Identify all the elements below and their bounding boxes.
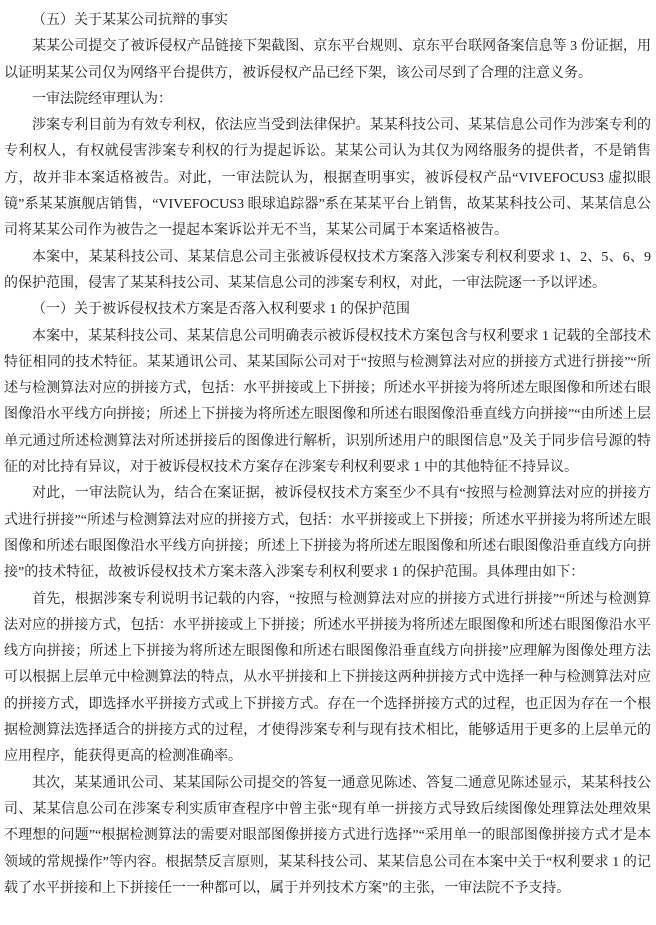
- heading-section-5-defense-facts: （五）关于某某公司抗辩的事实: [4, 8, 651, 34]
- document-page: （五）关于某某公司抗辩的事实 某某公司提交了被诉侵权产品链接下架截图、京东平台规…: [0, 0, 656, 925]
- para-patent-validity-standing: 涉案专利目前为有效专利权，依法应当受到法律保护。某某科技公司、某某信息公司作为涉…: [4, 113, 651, 244]
- para-evidence-submission: 某某公司提交了被诉侵权产品链接下架截图、京东平台规则、京东平台联网备案信息等 3…: [4, 34, 651, 87]
- para-claims-asserted: 本案中，某某科技公司、某某信息公司主张被诉侵权技术方案落入涉案专利权利要求 1、…: [4, 245, 651, 298]
- para-technical-features-dispute: 本案中，某某科技公司、某某信息公司明确表示被诉侵权技术方案包含与权利要求 1 记…: [4, 324, 651, 482]
- para-court-finding-claim-1: 对此，一审法院认为，结合在案证据，被诉侵权技术方案至少不具有“按照与检测算法对应…: [4, 481, 651, 586]
- heading-subsection-1-claim-1-scope: （一）关于被诉侵权技术方案是否落入权利要求 1 的保护范围: [4, 297, 651, 323]
- para-court-opinion-intro: 一审法院经审理认为：: [4, 87, 651, 113]
- para-reason-first: 首先，根据涉案专利说明书记载的内容，“按照与检测算法对应的拼接方式进行拼接”“所…: [4, 587, 651, 771]
- para-reason-second: 其次，某某通讯公司、某某国际公司提交的答复一通意见陈述、答复二通意见陈述显示，某…: [4, 771, 651, 902]
